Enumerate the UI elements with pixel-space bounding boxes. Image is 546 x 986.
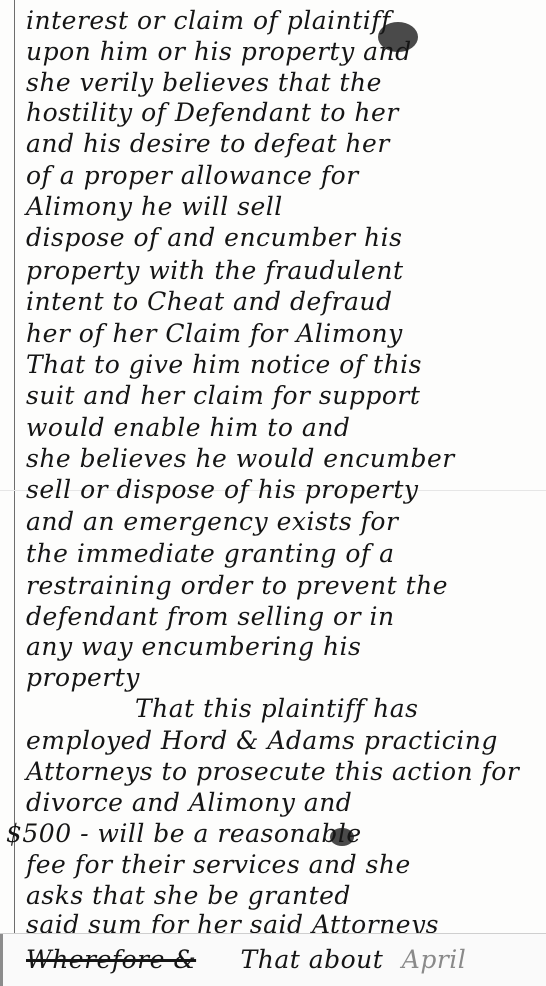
strip-text: That about	[241, 945, 384, 974]
left-margin-rule	[14, 0, 15, 933]
text-line: property	[26, 659, 140, 697]
bottom-strip: Wherefore & That about April	[0, 933, 546, 986]
strip-edge	[0, 934, 3, 986]
struck-text: Wherefore &	[26, 945, 196, 974]
faded-text: April	[402, 945, 467, 974]
manuscript-page: interest or claim of plaintiff upon him …	[0, 0, 546, 933]
bottom-line: Wherefore & That about April	[26, 941, 466, 979]
